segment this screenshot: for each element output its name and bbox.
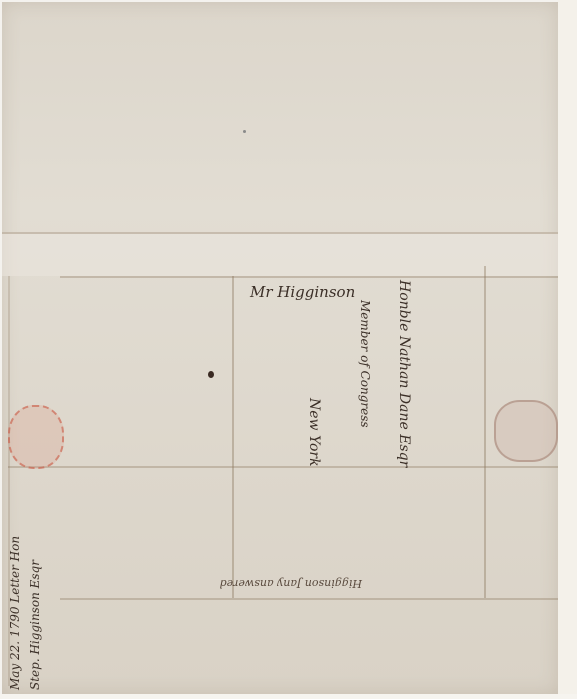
fold-line-vertical — [484, 266, 486, 598]
letter-sheet — [2, 2, 558, 694]
recipient-line: Mr Higginson — [250, 283, 355, 301]
address-line-3: New York — [306, 398, 322, 467]
paper-mark — [243, 130, 246, 133]
fold-band — [2, 232, 558, 276]
fold-line-horizontal — [2, 232, 558, 234]
docket-line-2: Step. Higginson Esqr — [28, 560, 42, 690]
wax-seal-remnant — [494, 400, 558, 462]
address-line-1: Honble Nathan Dane Esqr — [396, 280, 412, 467]
lower-note: Higginson Jany answered — [220, 577, 362, 590]
wax-seal-remnant-red — [8, 405, 64, 469]
ink-spot — [208, 371, 214, 378]
scan-margin-right — [558, 0, 577, 699]
fold-line-horizontal — [8, 466, 558, 468]
fold-line-horizontal — [60, 598, 558, 600]
fold-line-vertical — [232, 276, 234, 598]
docket-line-1: May 22. 1790 Letter Hon — [8, 536, 22, 690]
scan-margin-bottom — [0, 694, 577, 699]
address-line-2: Member of Congress — [358, 300, 372, 428]
